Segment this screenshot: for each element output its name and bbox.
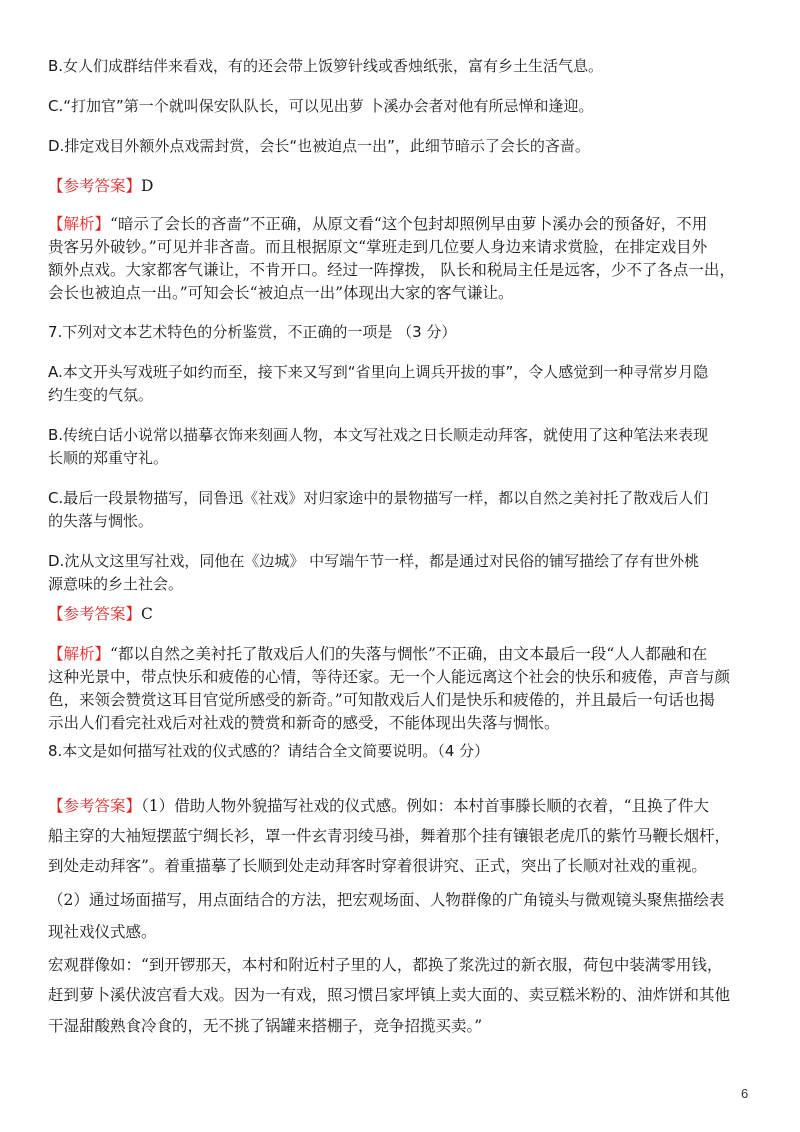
q7-answer: 【参考答案】C bbox=[48, 604, 760, 624]
answer-tag: 【参考答案】 bbox=[48, 605, 141, 623]
q7-analysis-line-4: 示出人们看完社戏后对社戏的赞赏和新奇的感受，不能体现出失落与惆怅。 bbox=[48, 713, 760, 733]
q7-option-a-line-2: 约生变的气氛。 bbox=[48, 385, 760, 405]
q6-analysis-line-3: 额外点戏。大家都客气谦让，不肯开口。经过一阵撑拨， 队长和税局主任是远客，少不了… bbox=[48, 260, 760, 280]
q8-answer-line-7: 赶到萝卜溪伏波宫看大戏。因为一有戏，照习惯吕家坪镇上卖大面的、卖豆糕米粉的、油炸… bbox=[48, 985, 760, 1005]
q7-analysis-line-2: 这种光景中，带点快乐和疲倦的心情，等待还家。无一个人能远离这个社会的快乐和疲倦，… bbox=[48, 667, 760, 687]
q7-option-c-line-2: 的失落与惆怅。 bbox=[48, 511, 760, 531]
document-page: B.女人们成群结伴来看戏，有的还会带上饭箩针线或香烛纸张，富有乡土生活气息。 C… bbox=[0, 0, 800, 1132]
answer-tag: 【参考答案】 bbox=[48, 177, 141, 195]
analysis-tag: 【解析】 bbox=[48, 645, 110, 663]
q7-option-b-line-2: 长顺的郑重守礼。 bbox=[48, 448, 760, 468]
analysis-tag: 【解析】 bbox=[48, 215, 110, 233]
answer-value: D bbox=[141, 177, 153, 195]
q8-answer-line-1: 【参考答案】（1）借助人物外貌描写社戏的仪式感。例如：本村首事滕长顺的衣着，“且… bbox=[48, 796, 760, 816]
q8-answer-line-5: 现社戏仪式感。 bbox=[48, 922, 760, 942]
q8-answer-line-2: 船主穿的大袖短摆蓝宁绸长衫，罩一件玄青羽绫马褂，舞着那个挂有镶银老虎爪的紫竹马鞭… bbox=[48, 826, 760, 846]
q8-stem: 8.本文是如何描写社戏的仪式感的？请结合全文简要说明。（4 分） bbox=[48, 741, 760, 761]
page-number: 6 bbox=[741, 1086, 748, 1101]
answer-value: C bbox=[141, 605, 153, 623]
q8-answer-line-6: 宏观群像如：“到开锣那天，本村和附近村子里的人，都换了浆洗过的新衣服，荷包中装满… bbox=[48, 955, 760, 975]
q8-answer-line-3: 到处走动拜客”。着重描摹了长顺到处走动拜客时穿着很讲究、正式，突出了长顺对社戏的… bbox=[48, 856, 760, 876]
q6-answer: 【参考答案】D bbox=[48, 176, 760, 196]
q7-option-d-line-2: 源意味的乡土社会。 bbox=[48, 574, 760, 594]
q6-analysis-line-2: 贵客另外破钞。”可见并非吝啬。而且根据原文“掌班走到几位要人身边来请求赏脸，在排… bbox=[48, 237, 760, 257]
q6-option-b: B.女人们成群结伴来看戏，有的还会带上饭箩针线或香烛纸张，富有乡土生活气息。 bbox=[48, 56, 760, 76]
q6-analysis-line-1: 【解析】“暗示了会长的吝啬”不正确，从原文看“这个包封却照例早由萝卜溪办会的预备… bbox=[48, 214, 760, 234]
q6-option-d: D.排定戏目外额外点戏需封赏，会长“也被迫点一出”，此细节暗示了会长的吝啬。 bbox=[48, 136, 760, 156]
q7-option-b-line-1: B.传统白话小说常以描摹衣饰来刻画人物，本文写社戏之日长顺走动拜客，就使用了这种… bbox=[48, 425, 760, 445]
q7-stem: 7.下列对文本艺术特色的分析鉴赏，不正确的一项是 （3 分） bbox=[48, 322, 760, 342]
q7-analysis-line-1: 【解析】“都以自然之美衬托了散戏后人们的失落与惆怅”不正确，由文本最后一段“人人… bbox=[48, 644, 760, 664]
q6-option-c: C.“打加官”第一个就叫保安队队长，可以见出萝 卜溪办会者对他有所忌惮和逢迎。 bbox=[48, 96, 760, 116]
q8-answer-line-8: 干湿甜酸熟食冷食的，无不挑了锅罐来搭棚子，竞争招揽买卖。” bbox=[48, 1016, 760, 1036]
answer-tag: 【参考答案】 bbox=[48, 797, 141, 815]
q7-option-a-line-1: A.本文开头写戏班子如约而至，接下来又写到“省里向上调兵开拔的事”，令人感觉到一… bbox=[48, 362, 760, 382]
q7-option-c-line-1: C.最后一段景物描写，同鲁迅《社戏》对归家途中的景物描写一样，都以自然之美衬托了… bbox=[48, 488, 760, 508]
q7-option-d-line-1: D.沈从文这里写社戏，同他在《边城》 中写端午节一样，都是通过对民俗的铺写描绘了… bbox=[48, 551, 760, 571]
q8-answer-line-4: （2）通过场面描写，用点面结合的方法，把宏观场面、人物群像的广角镜头与微观镜头聚… bbox=[48, 890, 760, 910]
q7-analysis-line-3: 色，来领会赞赏这耳目官觉所感受的新奇。”可知散戏后人们是快乐和疲倦的，并且最后一… bbox=[48, 690, 760, 710]
q6-analysis-line-4: 会长也被迫点一出。”可知会长“被迫点一出”体现出大家的客气谦让。 bbox=[48, 283, 760, 303]
